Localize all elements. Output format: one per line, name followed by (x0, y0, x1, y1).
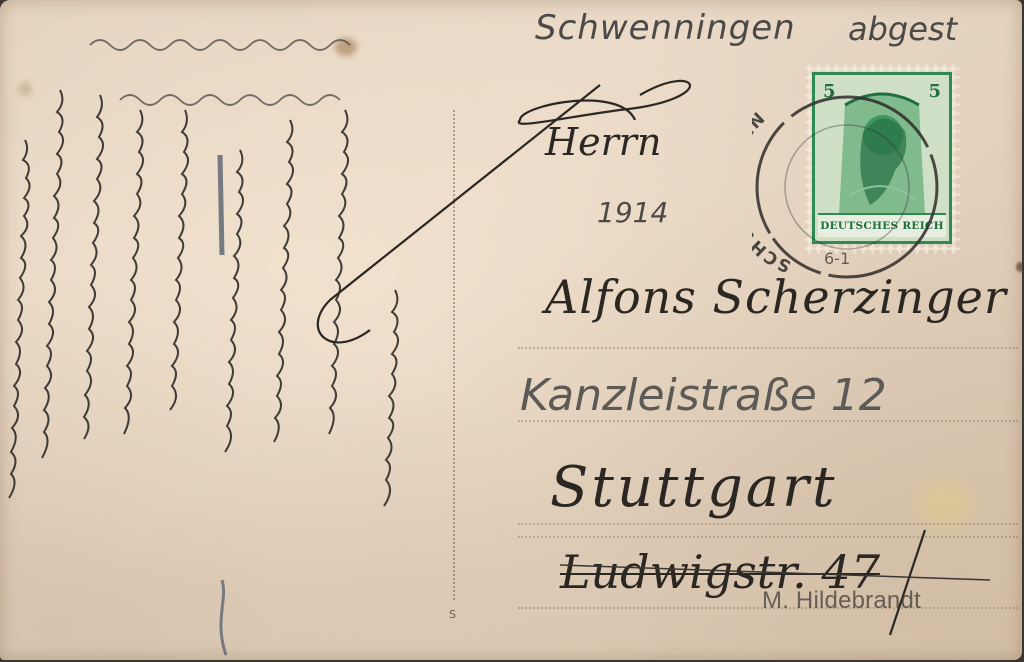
foxing-stain (335, 38, 357, 56)
stamp-country: DEUTSCHES REICH (818, 213, 946, 237)
divider-mark: S (449, 608, 456, 621)
address-salutation: Herrn (545, 120, 661, 164)
center-divider (453, 110, 455, 600)
postmark-town: SCHWENNINGEN (752, 108, 794, 276)
postage-stamp: 5 5 DEUTSCHES REICH (812, 72, 952, 244)
address-line (518, 347, 1018, 349)
germania-portrait-icon (815, 75, 949, 215)
address-street: Kanzleistraße 12 (520, 370, 887, 421)
postcard-back: S Schwenningen abgest 1914 5 5 DEUTSCHES… (0, 0, 1022, 660)
address-city: Stuttgart (550, 455, 837, 520)
pencil-annotation-note: abgest (848, 10, 957, 48)
edge-tear (1016, 262, 1022, 272)
address-line (518, 523, 1018, 525)
svg-text:SCHWENNINGEN: SCHWENNINGEN (752, 108, 794, 276)
address-name: Alfons Scherzinger (545, 270, 1007, 324)
foxing-stain (18, 82, 32, 96)
pencil-annotation-place: Schwenningen (535, 8, 796, 48)
pencil-annotation-year: 1914 (597, 196, 668, 229)
watermark: M. Hildebrandt (762, 587, 921, 615)
address-line (518, 536, 1018, 538)
